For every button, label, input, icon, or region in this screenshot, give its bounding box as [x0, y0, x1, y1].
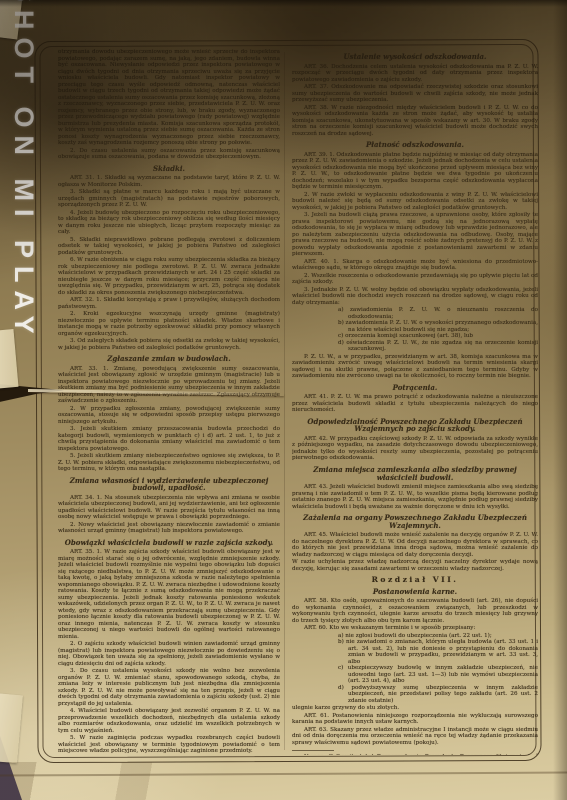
clause-list: a) zawiadomienia P. Z. U. W. o nieuznani… — [292, 307, 538, 353]
body-paragraph: P. Z. U. W., a w przypadku, przewidziany… — [292, 354, 538, 380]
body-paragraph: ART. 34. 1. Na stosunek ubezpieczenia ni… — [58, 495, 280, 521]
body-paragraph: ART. 31. 1. Składki są wyznaczane na pod… — [58, 175, 280, 188]
body-paragraph: 2. Wszelkie roszczenia o odszkodowanie p… — [292, 273, 538, 286]
body-paragraph: ART. 63. Skazany przez władze administra… — [292, 727, 538, 747]
section-heading: Zmiana miejsca zamieszkania albo siedzib… — [296, 466, 534, 481]
body-paragraph: ART. 38. W razie niezgodności między wła… — [292, 105, 538, 138]
body-paragraph: 2. W razie zwłoki w wypłaceniu odszkodow… — [292, 192, 538, 212]
section-heading: Składki. — [62, 165, 276, 173]
body-paragraph: 5. Jeżeli skutkiem zmiany niebezpieczeńs… — [58, 453, 280, 473]
section-heading: Płatność odszkodowania. — [296, 141, 534, 149]
left-text-column: otrzymania dowodu ubezpieczeniowego może… — [58, 49, 280, 755]
body-paragraph: ART. 40. 1. Skarga o odszkodowanie może … — [292, 259, 538, 272]
paper-bottom-shadow — [0, 762, 567, 800]
body-paragraph: ART. 42. W przypadku częściowej szkody P… — [292, 436, 538, 462]
section-heading: Odpowiedzialność Powszechnego Zakładu Ub… — [296, 418, 534, 433]
photo-top-shadow — [0, 0, 567, 7]
body-paragraph: ART. 39. 1. Odszkodowanie płatne będzie … — [292, 152, 538, 191]
body-paragraph: 2. Nowy właściciel jest obowiązany niezw… — [58, 522, 280, 535]
body-paragraph: 5. W razie zaginięcia podczas wypadku ro… — [58, 735, 280, 755]
photo-right-shadow — [553, 0, 567, 800]
clause-list: a) nie zgłosi budowli do ubezpieczenia (… — [292, 633, 538, 705]
body-paragraph: ART. 43. Jeżeli właściciel budowli zmien… — [292, 484, 538, 510]
section-heading: Zażalenia na organy Powszechnego Zakładu… — [296, 514, 534, 529]
note-paragraph: Uwaga: Całkowity tekst Rozporządzenia Pr… — [292, 754, 538, 755]
camera-watermark: SHOT ON MI PLAY — [8, 0, 39, 342]
section-heading: Zgłaszanie zmian w budowlach. — [62, 355, 276, 363]
clause-item: c) ubezpieczywszy budowlę w innym zakład… — [292, 665, 538, 685]
text-columns: otrzymania dowodu ubezpieczeniowego może… — [58, 49, 538, 755]
body-paragraph: 5. Składki nieprawidłowo pobrane podlega… — [58, 237, 280, 257]
body-paragraph: 3. Jednakże P. Z. U. W. wolny będzie od … — [292, 287, 538, 307]
section-heading: Postanowienia karne. — [296, 588, 534, 596]
body-paragraph: otrzymania dowodu ubezpieczeniowego może… — [58, 49, 280, 147]
body-paragraph: 3. Składki są płatne w marcu każdego rok… — [58, 189, 280, 209]
body-paragraph: 3. Od zaległych składek pobiera się odse… — [58, 338, 280, 351]
body-paragraph: 2. O zajściu szkody właściciel budowli w… — [58, 641, 280, 667]
body-paragraph: ART. 36. Dochodzenia celem ustalenia wys… — [292, 64, 538, 84]
body-paragraph: 3. Jeżeli na budowli ciążą prawa rzeczow… — [292, 212, 538, 258]
body-paragraph: ART. 61. Postanowienia niniejszego rozpo… — [292, 713, 538, 726]
body-paragraph: W razie uchylenia przez władzę nadzorczą… — [292, 559, 538, 572]
body-paragraph: ART. 35. 1. W razie zajścia szkody właśc… — [58, 549, 280, 640]
section-heading: Potrącenia. — [296, 384, 534, 392]
right-text-column: Ustalenie wysokości odszkodowania.ART. 3… — [292, 49, 538, 755]
section-heading: Ustalenie wysokości odszkodowania. — [296, 53, 534, 61]
section-heading: Zmiana własności i wydzierżawienie ubezp… — [62, 477, 276, 492]
body-paragraph: 3. Do czasu ustalenia wysokości szkody n… — [58, 668, 280, 707]
body-paragraph: 2. W przypadku zgłoszenia zmiany, powodu… — [58, 406, 280, 426]
clause-item: b) zawiadomienia P. Z. U. W. o wysokości… — [292, 320, 538, 333]
note-separator-rule — [292, 750, 334, 751]
section-heading: Obowiązki właściciela budowli w razie za… — [62, 539, 276, 547]
document-photo: otrzymania dowodu ubezpieczeniowego może… — [0, 0, 567, 800]
body-paragraph: ART. 41. P. Z. U. W. ma prawo potrącić z… — [292, 394, 538, 414]
chapter-heading: Rozdział VII. — [292, 577, 538, 584]
body-paragraph: ART. 33. 1. Zmianę, powodującą zwiększen… — [58, 366, 280, 405]
body-paragraph: ulegnie karze grzywny do stu złotych. — [292, 705, 538, 712]
clause-item: d) podwyższywszy sumę ubezpieczenia w in… — [292, 685, 538, 705]
body-paragraph: 4. Właściciel budowli obowiązany jest ze… — [58, 708, 280, 734]
body-paragraph: 2. Kroki egzekucyjne wszczynają urzędy g… — [58, 311, 280, 337]
clause-item: a) zawiadomienia P. Z. U. W. o nieuznani… — [292, 307, 538, 320]
tape-piece-bottom — [0, 693, 23, 763]
body-paragraph: ART. 37. Odszkodowanie ma odpowiadać rze… — [292, 84, 538, 104]
body-paragraph: 4. Jeżeli budowlę ubezpieczono po rozpoc… — [58, 210, 280, 236]
body-paragraph: ART. 60. Kto we wskazanym terminie i w s… — [292, 625, 538, 632]
clause-item: b) nie zawiadomi o zmianach, którym uleg… — [292, 639, 538, 665]
body-paragraph: ART. 32. 1. Składki korzystają z praw i … — [58, 297, 280, 310]
body-paragraph: ART. 45. Właściciel budowli może wnieść … — [292, 532, 538, 558]
clause-item: d) oświadczenia P. Z. U. W., że nie zgad… — [292, 340, 538, 353]
body-paragraph: 2. Do czasu ustalenia sumy oszacowania p… — [58, 148, 280, 161]
body-paragraph: 3. Jeżeli skutkiem zmiany przeszacowania… — [58, 426, 280, 452]
body-paragraph: ART. 58. Kto osób, upoważnionych do szac… — [292, 598, 538, 624]
body-paragraph: 6. W razie obniżenia w ciągu roku sumy u… — [58, 257, 280, 296]
